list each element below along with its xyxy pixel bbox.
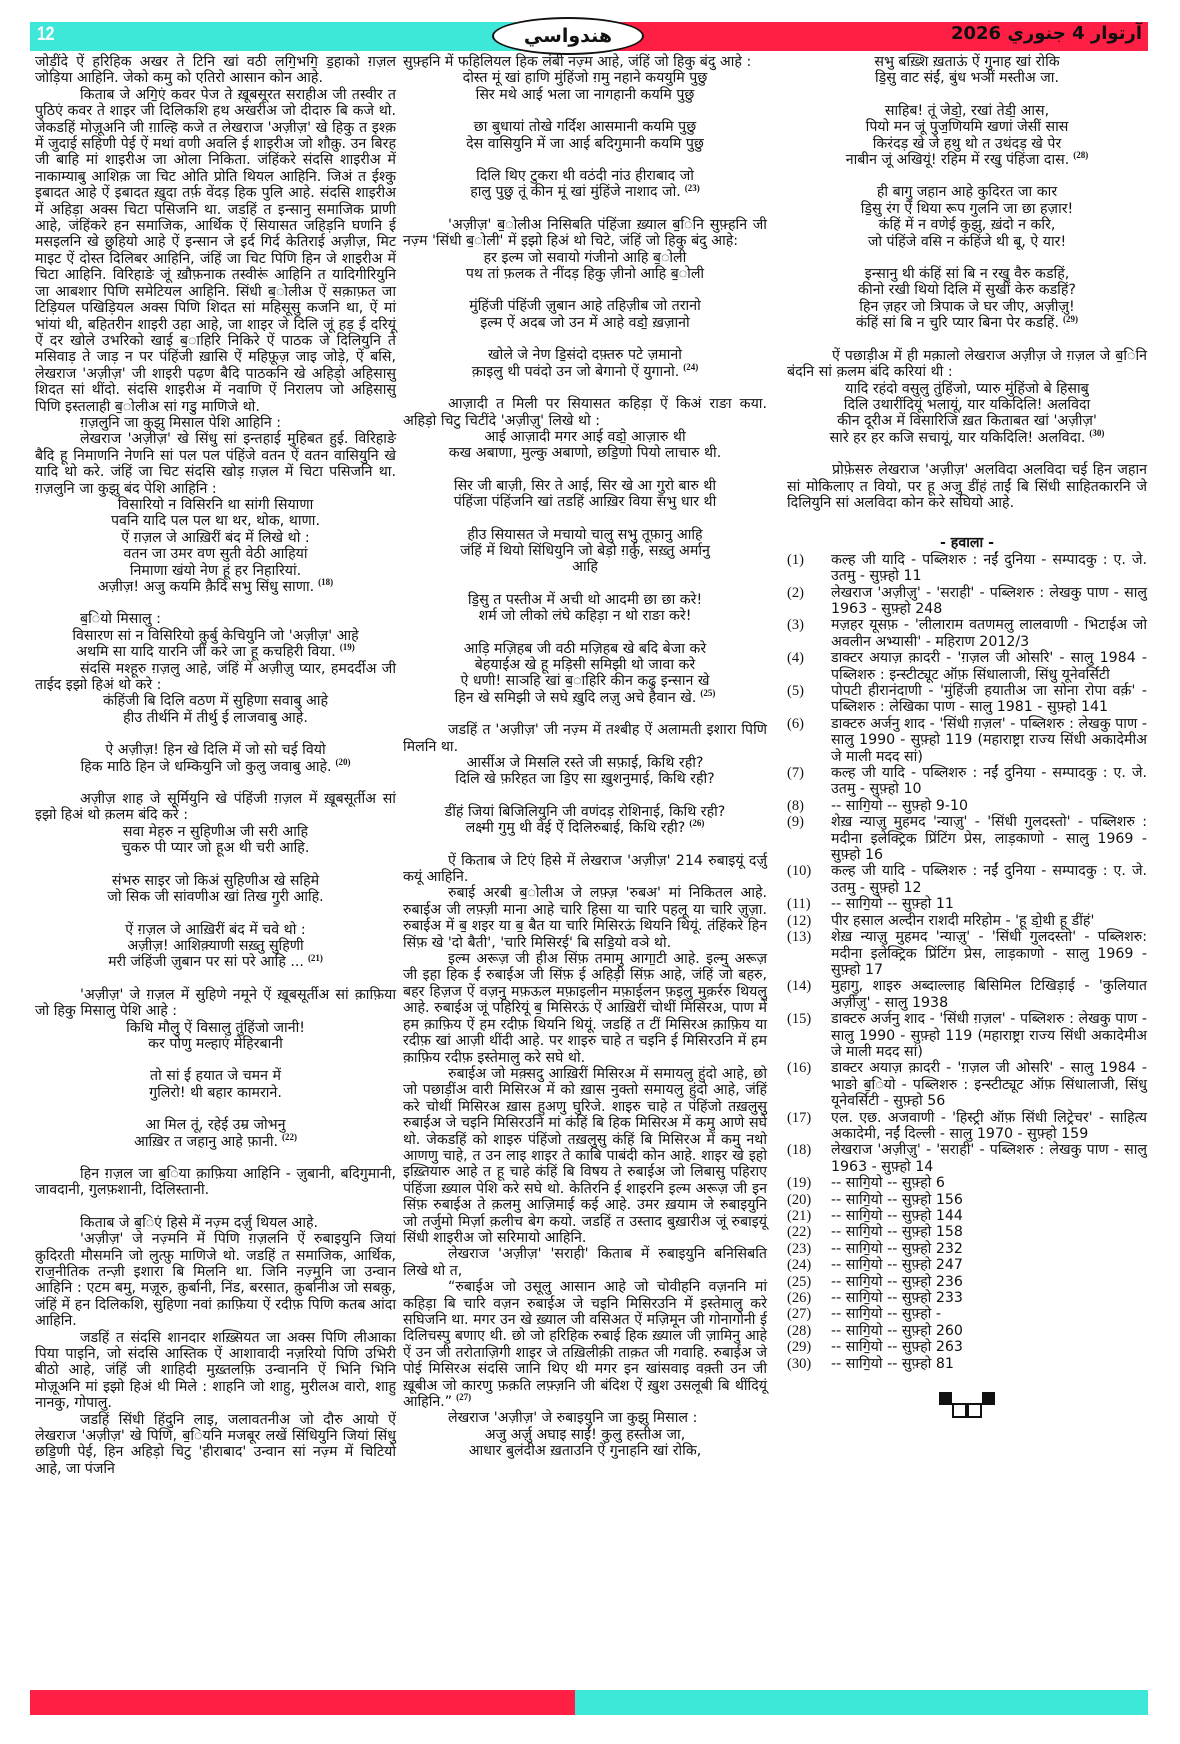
verse-line: कंहिं सां बि न चुरि प्यार बिना पेर कडहिं… [787, 315, 1147, 331]
verse-line: सभु बख़्शि ख़ताऊं ऐं गुनाह खां रोकि [787, 54, 1147, 70]
verse-line: आहि [403, 559, 767, 575]
reference-text: पोपटी हीरानंदाणी - 'मुंहिंजी हयातीअ जा स… [831, 683, 1147, 716]
verse-line: बेहयाईअ खे हू मड़िसी समिझी थो जावा करे [403, 657, 767, 673]
reference-number: (9) [787, 814, 831, 863]
verse-text: आधार बुलंदीअ ख़ताउनि ऐं गुनाहनि खां रोकि… [469, 1443, 702, 1459]
verse-text: बेहयाईअ खे हू मड़िसी समिझी थो जावा करे [475, 657, 695, 673]
paragraph-text: किताब जे अगि॒एं कवर पेज ते ख़ूबसूरत सराह… [35, 87, 396, 415]
verse-text: ऐ धणी! साञहि खां ब॒ाहिरि कीन कढु इन्सान … [460, 673, 709, 689]
verse-text: अथमि सा यादि यारनि जीं करे जा हू कचहिरी … [76, 644, 336, 660]
verse-text: आर्सीअ जे मिसलि रस्ते जी सफ़ाई, किथि रही… [467, 755, 704, 771]
reference-number: (21) [787, 1208, 831, 1224]
paragraph: 'अज़ीज़' जे नज़्मनि में पिणि ग़ज़लनि ऐं … [35, 1231, 396, 1329]
verse-line: हिन ज़हर जो त्रिपाक जे घर जीए, अज़ीज़ु! [787, 299, 1147, 315]
reference-number: (28) [787, 1323, 831, 1339]
reference-item: (29)-- सागि॒यो -- सुफ़्हो 263 [787, 1339, 1147, 1355]
verse-text: साहिब! तूं जेडो॒, रखां तेडी॒ आस, [885, 103, 1049, 119]
verse-line: ही बागु॒ जहान आहे कुदिरत जा कार [787, 184, 1147, 200]
reference-item: (20)-- सागि॒यो -- सुफ़्हो 156 [787, 1192, 1147, 1208]
paragraph-text: लेखराज 'अज़ीज़' 'सराही' किताब में रुबाइय… [403, 1246, 767, 1278]
paragraph: प्रोफ़ेसरु लेखराज 'अज़ीज़' अलविदा अलविदा… [787, 462, 1147, 511]
footnote-marker: (28) [1073, 150, 1088, 160]
reference-text: -- सागि॒यो -- सुफ़्हो 6 [831, 1175, 1147, 1191]
verse-line: अज़ीज़! आशिक़्याणी सख़्तु सुहिणी [35, 938, 396, 954]
reference-number: (22) [787, 1224, 831, 1240]
spacer [35, 1052, 396, 1068]
reference-number: (12) [787, 913, 831, 929]
verse-line: मुंहिंजी पंहिंजी ज़ुबान आहे तहिज़ीब जो त… [403, 298, 767, 314]
verse-text: पवनि यादि पल पल था थर, थोक, थाणा. [111, 513, 320, 529]
verse-text: कंहिंजी बि दिलि वठण में सुहिणा सवाबु आहे [103, 693, 328, 709]
verse-text: डि॒सु रंग ऐं थिया रूप गुलनि जा छा हज़ार! [861, 201, 1074, 217]
verse-text: छा बुधायां तोखे गर्दिश आसमानी कयमि पुछु [474, 119, 696, 135]
verse-text: हीउ तीर्थनि में तीर्थु ई लाजवाबु आहे. [123, 710, 308, 726]
paragraph: ऐं पछाड़ीअ में ही मक़ालो लेखराज अज़ीज़ ज… [787, 348, 1147, 381]
verse-text: हिन खे समिझी जे सघे ख़ुदि लज़ु अचे हैवान… [455, 690, 697, 706]
verse-text: डि॒सु त पस्तीअ में अची थो आदमी छा छा करे… [468, 592, 702, 608]
verse-text: हर इल्म जो सवायो गंजीनो आहि ब॒ोली [484, 250, 687, 266]
reference-number: (15) [787, 1011, 831, 1060]
reference-item: (2)लेखराज 'अज़ीज़ु' - 'सराही' - पब्लिशरु… [787, 585, 1147, 618]
verse-line: डींहं जियां बिजिलियुनि जी वणंदड़ रोशिनाई… [403, 804, 767, 820]
reference-item: (7)कल्ह जी यादि - पब्लिशरु : नईं दुनिया … [787, 765, 1147, 798]
reference-item: (30)-- सागि॒यो -- सुफ़्हो 81 [787, 1356, 1147, 1372]
verse-text: आ मिल तूं, रहेई उम्र जोभनु [145, 1117, 285, 1133]
spacer [403, 152, 767, 168]
verse-line: हिक माठि हिन जे धम्कियुनि जो कुलु जवाबु … [35, 759, 396, 775]
verse-line: कंहिंजी बि दिलि वठण में सुहिणा सवाबु आहे [35, 693, 396, 709]
verse-line: अजु अर्ज़ु अघाइ साईं! कुलु हस्तीअ जा, [403, 1427, 767, 1443]
verse-line: जो पंहिंजे वसि न कंहिंजे थी बू, ऐ यार! [787, 234, 1147, 250]
spacer [403, 282, 767, 298]
verse-line: दिलि उथारींदियूं भलायूं, यार यकिदिलि! अल… [787, 397, 1147, 413]
reference-number: (23) [787, 1241, 831, 1257]
verse-line: सारे हर हर कजि सचायूं, यार यकिदिलि! अलवि… [787, 430, 1147, 446]
references-section: - हवाला - (1)कल्ह जी यादि - पब्लिशरु : न… [787, 535, 1147, 1372]
dateline: آرتوار 4 جنوري 2026 [951, 23, 1142, 44]
paragraph: अज़ीज़ शाह जे सूर्मियुनि खे पंहिंजी ग़ज़… [35, 791, 396, 824]
reference-text: -- सागि॒यो -- सुफ़्हो 11 [831, 896, 1147, 912]
footnote-marker: (26) [689, 818, 704, 828]
paragraph-text: लेखराज 'अज़ीज़' खे सिंधु सां इन्तहाई मुह… [35, 431, 396, 496]
verse-text: निमाणा खंयो नेण हूं हर निहारियां. [130, 563, 301, 579]
paragraph: जडहिं त संदसि शानदार शख़्सियत जा अक्स पि… [35, 1330, 396, 1412]
reference-item: (15)डाक्टरु अर्जनु शाद - 'सिंधी ग़ज़ल' -… [787, 1011, 1147, 1060]
verse-line: हालु पुछु तूं कीन मूं खां मुंहिंजे नाशाद… [403, 184, 767, 200]
reference-text: -- सागि॒यो -- सुफ़्हो 236 [831, 1274, 1147, 1290]
reference-text: -- सागि॒यो -- सुफ़्हो - [831, 1306, 1147, 1322]
reference-number: (8) [787, 798, 831, 814]
reference-text: कल्ह जी यादि - पब्लिशरु : नईं दुनिया - स… [831, 863, 1147, 896]
verse-line: कख अबाणा, मुल्कु अबाणो, छडि॒णो पियो लाचा… [403, 445, 767, 461]
paragraph: ग़ज़लुनि जा कुझु मिसाल पेशि आहिनि : [35, 415, 396, 431]
reference-text: -- सागि॒यो -- सुफ़्हो 263 [831, 1339, 1147, 1355]
verse-line: अथमि सा यादि यारनि जीं करे जा हू कचहिरी … [35, 644, 396, 660]
paragraph: लेखराज 'अज़ीज़' खे सिंधु सां इन्तहाई मुह… [35, 431, 396, 497]
masthead-text: هندواسي [524, 25, 612, 47]
verse-text: सभु बख़्शि ख़ताऊं ऐं गुनाह खां रोकि [874, 54, 1059, 70]
reference-number: (30) [787, 1356, 831, 1372]
reference-number: (6) [787, 716, 831, 765]
verse-text: लक्ष्मी गुमु थी वेई ऐं दिलिरुबाई, किथि र… [466, 820, 686, 836]
verse-text: कंहिं में न वणेई कुझु, ख़ंदो न करि, [879, 217, 1056, 233]
verse-line: जंहिं में थियो सिंधियुनि जो बेड़ो ग़र्क़… [403, 543, 767, 559]
verse-line: लक्ष्मी गुमु थी वेई ऐं दिलिरुबाई, किथि र… [403, 820, 767, 836]
verse-line: पवनि यादि पल पल था थर, थोक, थाणा. [35, 513, 396, 529]
verse-text: जंहिं में थियो सिंधियुनि जो बेड़ो ग़र्क़… [460, 543, 710, 559]
verse-line: हर इल्म जो सवायो गंजीनो आहि ब॒ोली [403, 250, 767, 266]
paragraph: आज़ादी त मिली पर सियासत कहिड़ा ऐं किअं र… [403, 396, 767, 429]
verse-line: देस वासियुनि में जा आई बदिगुमानी कयमि पु… [403, 136, 767, 152]
reference-item: (23)-- सागि॒यो -- सुफ़्हो 232 [787, 1241, 1147, 1257]
reference-number: (17) [787, 1110, 831, 1143]
verse-text: हिक माठि हिन जे धम्कियुनि जो कुलु जवाबु … [80, 759, 331, 775]
paragraph: इल्म अरूज़ जी हीअ सिंफ़ तमामु आगा॒टी आहे… [403, 951, 767, 1066]
footnote-marker: (19) [340, 642, 355, 652]
verse-line: डि॒सु वाट संईं, बुंध भञीं मस्तीअ जा. [787, 70, 1147, 86]
verse-text: कर पोणु मल्हाएं मेहिरबानी [148, 1036, 283, 1052]
reference-text: -- सागि॒यो -- सुफ़्हो 156 [831, 1192, 1147, 1208]
footnote-marker: (18) [318, 577, 333, 587]
verse-line: हीउ तीर्थनि में तीर्थु ई लाजवाबु आहे. [35, 710, 396, 726]
verse-text: कख अबाणा, मुल्कु अबाणो, छडि॒णो पियो लाचा… [449, 445, 721, 461]
reference-item: (21)-- सागि॒यो -- सुफ़्हो 144 [787, 1208, 1147, 1224]
reference-text: पीर हसाल अल्दीन राशदी मरिहोम - 'हू डो॒थी… [831, 913, 1147, 929]
spacer [403, 788, 767, 804]
paragraph-text: ऐं किताब जे टिएं हिसे में लेखराज 'अज़ीज़… [403, 853, 767, 885]
paragraph-text: सुफ़्हनि में फहिलियल हिक लंबी नज़्म आहे,… [403, 54, 751, 70]
paragraph: 'अज़ीज़' जे ग़ज़ल में सुहिणे नमूने ऐं ख़… [35, 987, 396, 1020]
footer-bar-red [30, 1690, 575, 1715]
verse-text: सारे हर हर कजि सचायूं, यार यकिदिलि! अलवि… [830, 430, 1086, 446]
footnote-marker: (30) [1089, 428, 1104, 438]
verse-line: सिर मथे आई भला जा नागहानी कयमि पुछु [403, 87, 767, 103]
reference-item: (4)डाक्टर अयाज़ क़ादरी - 'ग़ज़ल जी ओसरि'… [787, 650, 1147, 683]
paragraph: “रुबाईअ जो उसूलु आसान आहे जो चोवीहनि वज़… [403, 1279, 767, 1410]
verse-line: आ मिल तूं, रहेई उम्र जोभनु [35, 1117, 396, 1133]
reference-number: (10) [787, 863, 831, 896]
verse-line: चुकरु पी प्यार जो हूअ थी चरी आहि. [35, 840, 396, 856]
paragraph-text: अज़ीज़ शाह जे सूर्मियुनि खे पंहिंजी ग़ज़… [35, 791, 396, 823]
verse-line: छा बुधायां तोखे गर्दिश आसमानी कयमि पुछु [403, 119, 767, 135]
verse-line: सिर जी बाज़ी, सिर ते आई, सिर खे आ गु॒रो … [403, 478, 767, 494]
paragraph: 'अज़ीज़' ब॒ोलीअ निसिबति पंहिंजा ख़्याल ब… [403, 217, 767, 250]
reference-item: (13)शेख़ न्याज़ु मुहमद 'न्याज़ु' - 'सिंध… [787, 929, 1147, 978]
verse-line: नाबीन जूं अखियूं! रहिम में रखु पंहिंजा द… [787, 152, 1147, 168]
reference-item: (22)-- सागि॒यो -- सुफ़्हो 158 [787, 1224, 1147, 1240]
verse-text: ही बागु॒ जहान आहे कुदिरत जा कार [877, 184, 1057, 200]
verse-text: वतन जा उमर वण सुती वेठी आहियां [123, 546, 307, 562]
footnote-marker: (22) [282, 1132, 297, 1142]
reference-number: (11) [787, 896, 831, 912]
verse-text: नाबीन जूं अखियूं! रहिम में रखु पंहिंजा द… [846, 152, 1070, 168]
verse-text: सिर जी बाज़ी, सिर ते आई, सिर खे आ गु॒रो … [454, 478, 716, 494]
reference-text: लेखराज 'अज़ीज़ु' - 'सराही' - पब्लिशरु : … [831, 1142, 1147, 1175]
verse-line: पंहिंजा पंहिंजनि खां तडहिं आख़िर विया सभ… [403, 494, 767, 510]
spacer [35, 857, 396, 873]
reference-number: (29) [787, 1339, 831, 1355]
verse-text: दिलि खे फ़रिहत जा डि॒ए सा ख़ुशनुमाई, किथ… [455, 771, 714, 787]
spacer [35, 726, 396, 742]
verse-line: डि॒सु त पस्तीअ में अची थो आदमी छा छा करे… [403, 592, 767, 608]
verse-line: सवा मेहरु न सुहिणीअ जी सरी आहि [35, 824, 396, 840]
verse-line: किथि मौलु ऐं विसालु तुंहिंजो जानी! [35, 1020, 396, 1036]
verse-text: हीउ सियासत जे मचायो चालु सभु तूफ़ानु आहि [467, 527, 702, 543]
reference-text: -- सागि॒यो -- सुफ़्हो 158 [831, 1224, 1147, 1240]
paragraph-text: रुबाई अरबी ब॒ोलीअ जे लफ़्ज़ 'रुबअ' मां न… [403, 885, 767, 950]
spacer [35, 1101, 396, 1117]
reference-text: -- सागि॒यो -- सुफ़्हो 260 [831, 1323, 1147, 1339]
paragraph-text: 'अज़ीज़' ब॒ोलीअ निसिबति पंहिंजा ख़्याल ब… [403, 217, 767, 249]
reference-item: (16)डाक्टर अयाज़ क़ादरी - 'ग़ज़ल जी ओसरि… [787, 1060, 1147, 1109]
verse-text: शर्म जो लीको लंघे कहिड़ा न थो राङा करे! [479, 608, 692, 624]
verse-text: कंहिं सां बि न चुरि प्यार बिना पेर कडहिं… [856, 315, 1059, 331]
reference-text: डाक्टर अयाज़ क़ादरी - 'ग़ज़ल जी ओसरि' - … [831, 1060, 1147, 1109]
paragraph-text: जडहिं त 'अज़ीज़' जी नज़्म में तश्बीह ऐं … [403, 722, 767, 754]
verse-line: दोस्त मूं खां हाणि मुंहिंजो ग़मु नहाने क… [403, 70, 767, 86]
verse-text: आई आज़ादी मगर आई वडो॒ आज़ारु थी [484, 429, 685, 445]
verse-line: कर पोणु मल्हाएं मेहिरबानी [35, 1036, 396, 1052]
reference-text: मज़हर यूसफ़ - 'लीलाराम वतणमलु लालवाणी - … [831, 617, 1147, 650]
reference-text: -- सागि॒यो -- सुफ़्हो 233 [831, 1290, 1147, 1306]
spacer [403, 837, 767, 853]
spacer [787, 527, 1147, 535]
spacer [35, 1199, 396, 1215]
verse-line: किरंदड़ खे जे हथु थो त उथंदड़ खे पेर [787, 136, 1147, 152]
verse-text: पंहिंजा पंहिंजनि खां तडहिं आख़िर विया सभ… [454, 494, 717, 510]
verse-text: डींहं जियां बिजिलियुनि जी वणंदड़ रोशिनाई… [445, 804, 726, 820]
verse-line: आधार बुलंदीअ ख़ताउनि ऐं गुनाहनि खां रोकि… [403, 1443, 767, 1459]
reference-item: (8)-- सागि॒यो -- सुफ़्हो 9-10 [787, 798, 1147, 814]
reference-number: (16) [787, 1060, 831, 1109]
paragraph: किताब जे अगि॒एं कवर पेज ते ख़ूबसूरत सराह… [35, 87, 396, 415]
paragraph-text: जोड़ींदे ऐं हरिहिक अखर ते टिनि खां वठी ल… [35, 54, 396, 86]
reference-number: (4) [787, 650, 831, 683]
reference-text: कल्ह जी यादि - पब्लिशरु : नईं दुनिया - स… [831, 552, 1147, 585]
paragraph-text: किताब जे ब॒िएं हिसे में नज़्म दर्ज़ु थिय… [80, 1215, 318, 1231]
reference-number: (1) [787, 552, 831, 585]
paragraph-text: “रुबाईअ जो उसूलु आसान आहे जो चोवीहनि वज़… [403, 1279, 767, 1410]
reference-text: मुहागु॒, शाइरु अब्दाल्लाह बिसिमिल टिखिड़… [831, 978, 1147, 1011]
verse-text: तो सां ई हयात जे चमन में [150, 1068, 281, 1084]
spacer [35, 595, 396, 611]
paragraph: लेखराज 'अज़ीज़' 'सराही' किताब में रुबाइय… [403, 1246, 767, 1279]
spacer [403, 103, 767, 119]
verse-text: इल्म ऐं अदब जो उन में आहे वडो॒ ख़ज़ानो [480, 315, 689, 331]
verse-line: कंहिं में न वणेई कुझु, ख़ंदो न करि, [787, 217, 1147, 233]
spacer [35, 775, 396, 791]
verse-text: जो सिक जी सांवणीअ खां तिख गु॒री आहि. [107, 889, 323, 905]
paragraph-text: जडहिं त संदसि शानदार शख़्सियत जा अक्स पि… [35, 1330, 396, 1412]
reference-number: (7) [787, 765, 831, 798]
reference-item: (12)पीर हसाल अल्दीन राशदी मरिहोम - 'हू ड… [787, 913, 1147, 929]
spacer [787, 446, 1147, 462]
reference-number: (19) [787, 1175, 831, 1191]
verse-line: कीनो रखी थियो दिलि में सुखीं केरु कडहिं? [787, 282, 1147, 298]
column-3-body: सभु बख़्शि ख़ताऊं ऐं गुनाह खां रोकिडि॒सु… [787, 54, 1147, 535]
references-list: (1)कल्ह जी यादि - पब्लिशरु : नईं दुनिया … [787, 552, 1147, 1372]
verse-text: गुलिरो! थी बहार कामराने. [149, 1085, 282, 1101]
verse-line: दिलि थिए टुकरा थी वठंदी नांउ हीराबाद जो [403, 168, 767, 184]
verse-text: क़ाइलु थी पवंदो उन जो बेगानो ऐं युगानो. [472, 364, 680, 380]
spacer [403, 201, 767, 217]
reference-item: (27)-- सागि॒यो -- सुफ़्हो - [787, 1306, 1147, 1322]
reference-item: (5)पोपटी हीरानंदाणी - 'मुंहिंजी हयातीअ ज… [787, 683, 1147, 716]
verse-line: आर्सीअ जे मिसलि रस्ते जी सफ़ाई, किथि रही… [403, 755, 767, 771]
reference-item: (3)मज़हर यूसफ़ - 'लीलाराम वतणमलु लालवाणी… [787, 617, 1147, 650]
paragraph-text: 'अज़ीज़' जे नज़्मनि में पिणि ग़ज़लनि ऐं … [35, 1231, 396, 1329]
verse-text: पथ तां फ़लक ते नींदड़ हिकु ज़ीनो आहि ब॒ो… [466, 266, 704, 282]
verse-line: साहिब! तूं जेडो॒, रखां तेडी॒ आस, [787, 103, 1147, 119]
reference-text: लेखराज 'अज़ीज़ु' - 'सराही' - पब्लिशरु : … [831, 585, 1147, 618]
spacer [787, 511, 1147, 527]
reference-number: (20) [787, 1192, 831, 1208]
reference-item: (11)-- सागि॒यो -- सुफ़्हो 11 [787, 896, 1147, 912]
verse-line: संभरु साइर जो किअं सुहिणीअ खे सहिमे [35, 873, 396, 889]
verse-text: सिर मथे आई भला जा नागहानी कयमि पुछु [476, 87, 695, 103]
article-column-3: सभु बख़्शि ख़ताऊं ऐं गुनाह खां रोकिडि॒सु… [787, 54, 1147, 1418]
reference-text: कल्ह जी यादि - पब्लिशरु : नईं दुनिया - स… [831, 765, 1147, 798]
paragraph: लेखराज 'अज़ीज़' जे रुबाइयुनि जा कुझु मिस… [403, 1410, 767, 1426]
paragraph-text: प्रोफ़ेसरु लेखराज 'अज़ीज़' अलविदा अलविदा… [787, 462, 1147, 511]
spacer [403, 462, 767, 478]
verse-text: हिन ज़हर जो त्रिपाक जे घर जीए, अज़ीज़ु! [859, 299, 1074, 315]
verse-line: पथ तां फ़लक ते नींदड़ हिकु ज़ीनो आहि ब॒ो… [403, 266, 767, 282]
verse-text: ऐ अज़ीज़! हिन खे दिलि में जो सो चई वियो [105, 742, 325, 758]
verse-text: दिलि थिए टुकरा थी वठंदी नांउ हीराबाद जो [476, 168, 694, 184]
paragraph: जडहिं त 'अज़ीज़' जी नज़्म में तश्बीह ऐं … [403, 722, 767, 755]
reference-item: (9)शेख़ न्याज़ु मुहमद 'न्याज़ु' - 'सिंधी… [787, 814, 1147, 863]
reference-number: (14) [787, 978, 831, 1011]
verse-line: मरी जंहिंजी ज़ुबान पर सां परे आहि ...(21… [35, 954, 396, 970]
verse-line: ऐं ग़ज़ल जे आख़िरीं बंद में लिखे थो : [35, 530, 396, 546]
paragraph-text: ग़ज़लुनि जा कुझु मिसाल पेशि आहिनि : [80, 415, 281, 431]
footnote-marker: (27) [456, 1392, 471, 1402]
reference-number: (13) [787, 929, 831, 978]
reference-number: (26) [787, 1290, 831, 1306]
spacer [787, 332, 1147, 348]
paragraph: सुफ़्हनि में फहिलियल हिक लंबी नज़्म आहे,… [403, 54, 767, 70]
verse-text: कीनो रखी थियो दिलि में सुखीं केरु कडहिं? [858, 282, 1076, 298]
reference-text: शेख़ न्याज़ु मुहमद 'न्याज़ु' - 'सिंधी गु… [831, 929, 1147, 978]
verse-line: खोले जे नेण डि॒संदो दफ़्तरु पटे ज़मानो [403, 347, 767, 363]
verse-text: मुंहिंजी पंहिंजी ज़ुबान आहे तहिज़ीब जो त… [469, 298, 701, 314]
verse-text: पियो मन जूं पुज॒णियमि खणां जेसीं सास [866, 119, 1069, 135]
verse-text: आख़िर त जहानु आहे फ़ानी. [134, 1134, 278, 1150]
verse-line: अज़ीज़! अजु कयमि क़ैदि सभु सिंधु साणा.(1… [35, 579, 396, 595]
verse-line: डि॒सु रंग ऐं थिया रूप गुलनि जा छा हज़ार! [787, 201, 1147, 217]
verse-text: विसारण सां न विसिरियो क़ुर्बु केचियुनि ज… [72, 628, 358, 644]
verse-text: मरी जंहिंजी ज़ुबान पर सां परे आहि ... [108, 954, 304, 970]
paragraph-text: लेखराज 'अज़ीज़' जे रुबाइयुनि जा कुझु मिस… [448, 1410, 697, 1426]
verse-line: आड़ि मज़िहब जी वठी मज़िहब खे बदि बेजा कर… [403, 641, 767, 657]
paragraph: जोड़ींदे ऐं हरिहिक अखर ते टिनि खां वठी ल… [35, 54, 396, 87]
reference-text: -- सागि॒यो -- सुफ़्हो 247 [831, 1257, 1147, 1273]
verse-text: संभरु साइर जो किअं सुहिणीअ खे सहिमे [112, 873, 319, 889]
verse-line: इन्सानु थी कंहिं सां बि न रखु वैरु कडहिं… [787, 266, 1147, 282]
verse-line: क़ाइलु थी पवंदो उन जो बेगानो ऐं युगानो.(… [403, 364, 767, 380]
reference-number: (24) [787, 1257, 831, 1273]
reference-text: -- सागि॒यो -- सुफ़्हो 144 [831, 1208, 1147, 1224]
article-column-2: सुफ़्हनि में फहिलियल हिक लंबी नज़्म आहे,… [403, 54, 767, 1460]
reference-text: -- सागि॒यो -- सुफ़्हो 232 [831, 1241, 1147, 1257]
paragraph-text: संदसि मश्हूरु ग़ज़लु आहे, जंहिं में अज़ी… [35, 661, 396, 693]
verse-text: हालु पुछु तूं कीन मूं खां मुंहिंजे नाशाद… [470, 184, 681, 200]
paragraph-text: ब॒ियो मिसालु : [80, 611, 161, 627]
reference-item: (26)-- सागि॒यो -- सुफ़्हो 233 [787, 1290, 1147, 1306]
verse-text: दिलि उथारींदियूं भलायूं, यार यकिदिलि! अल… [844, 397, 1090, 413]
reference-text: एल. एछ. अजवाणी - 'हिस्ट्री ऑफ़ सिंधी लिट… [831, 1110, 1147, 1143]
verse-text: किरंदड़ खे जे हथु थो त उथंदड़ खे पेर [873, 136, 1062, 152]
verse-line: इल्म ऐं अदब जो उन में आहे वडो॒ ख़ज़ानो [403, 315, 767, 331]
verse-line: विसारियो न विसिरनि था सांगी सियाणा [35, 497, 396, 513]
spacer [787, 87, 1147, 103]
verse-text: इन्सानु थी कंहिं सां बि न रखु वैरु कडहिं… [865, 266, 1070, 282]
verse-text: खोले जे नेण डि॒संदो दफ़्तरु पटे ज़मानो [488, 347, 682, 363]
verse-line: निमाणा खंयो नेण हूं हर निहारियां. [35, 563, 396, 579]
spacer [403, 380, 767, 396]
spacer [403, 511, 767, 527]
footnote-marker: (29) [1063, 314, 1078, 324]
reference-number: (18) [787, 1142, 831, 1175]
reference-number: (3) [787, 617, 831, 650]
paragraph: किताब जे ब॒िएं हिसे में नज़्म दर्ज़ु थिय… [35, 1215, 396, 1231]
reference-item: (14)मुहागु॒, शाइरु अब्दाल्लाह बिसिमिल टि… [787, 978, 1147, 1011]
paragraph: संदसि मश्हूरु ग़ज़लु आहे, जंहिं में अज़ी… [35, 661, 396, 694]
verse-text: ऐं ग़ज़ल जे आख़िरीं बंद में लिखे थो : [121, 530, 309, 546]
paragraph-text: इल्म अरूज़ जी हीअ सिंफ़ तमामु आगा॒टी आहे… [403, 951, 767, 1065]
footnote-marker: (21) [308, 953, 323, 963]
paragraph-text: जडहिं सिंधी हिंदुनि लाइ, जलावतनीअ जो दौर… [35, 1412, 396, 1477]
verse-text: जो पंहिंजे वसि न कंहिंजे थी बू, ऐ यार! [868, 234, 1066, 250]
verse-text: किथि मौलु ऐं विसालु तुंहिंजो जानी! [126, 1020, 305, 1036]
verse-line: पियो मन जूं पुज॒णियमि खणां जेसीं सास [787, 119, 1147, 135]
reference-item: (1)कल्ह जी यादि - पब्लिशरु : नईं दुनिया … [787, 552, 1147, 585]
verse-text: आड़ि मज़िहब जी वठी मज़िहब खे बदि बेजा कर… [464, 641, 706, 657]
reference-item: (18)लेखराज 'अज़ीज़ु' - 'सराही' - पब्लिशर… [787, 1142, 1147, 1175]
references-title: - हवाला - [787, 535, 1147, 551]
verse-text: ऐं ग़ज़ल जे आख़िरीं बंद में चवे थो : [125, 922, 305, 938]
reference-item: (17)एल. एछ. अजवाणी - 'हिस्ट्री ऑफ़ सिंधी… [787, 1110, 1147, 1143]
footnote-marker: (23) [685, 183, 700, 193]
spacer [35, 1150, 396, 1166]
verse-line: गुलिरो! थी बहार कामराने. [35, 1085, 396, 1101]
paragraph: रुबाई अरबी ब॒ोलीअ जे लफ़्ज़ 'रुबअ' मां न… [403, 885, 767, 951]
verse-line: आख़िर त जहानु आहे फ़ानी.(22) [35, 1134, 396, 1150]
verse-text: अजु अर्ज़ु अघाइ साईं! कुलु हस्तीअ जा, [485, 1427, 685, 1443]
paragraph-text: 'अज़ीज़' जे ग़ज़ल में सुहिणे नमूने ऐं ख़… [35, 987, 396, 1019]
reference-text: -- सागि॒यो -- सुफ़्हो 9-10 [831, 798, 1147, 814]
paragraph-text: रुबाईअ जो मक़्सदु आख़िरीं मिसिरअ में समा… [403, 1066, 767, 1246]
paragraph-text: ऐं पछाड़ीअ में ही मक़ालो लेखराज अज़ीज़ ज… [787, 348, 1147, 380]
spacer [787, 250, 1147, 266]
verse-text: विसारियो न विसिरनि था सांगी सियाणा [118, 497, 314, 513]
footer-bar [30, 1690, 1148, 1715]
verse-line: हिन खे समिझी जे सघे ख़ुदि लज़ु अचे हैवान… [403, 690, 767, 706]
article-column-1: जोड़ींदे ऐं हरिहिक अखर ते टिनि खां वठी ल… [35, 54, 396, 1477]
verse-text: चुकरु पी प्यार जो हूअ थी चरी आहि. [122, 840, 310, 856]
verse-text: अज़ीज़! अजु कयमि क़ैदि सभु सिंधु साणा. [98, 579, 314, 595]
spacer [403, 706, 767, 722]
reference-number: (27) [787, 1306, 831, 1322]
reference-item: (19)-- सागि॒यो -- सुफ़्हो 6 [787, 1175, 1147, 1191]
verse-line: शर्म जो लीको लंघे कहिड़ा न थो राङा करे! [403, 608, 767, 624]
verse-line: तो सां ई हयात जे चमन में [35, 1068, 396, 1084]
paragraph-text: हिन ग़ज़ल जा ब॒िया क़ाफ़िया आहिनि - ज़ुब… [35, 1166, 396, 1198]
spacer [403, 331, 767, 347]
verse-text: आहि [572, 559, 598, 575]
reference-number: (2) [787, 585, 831, 618]
